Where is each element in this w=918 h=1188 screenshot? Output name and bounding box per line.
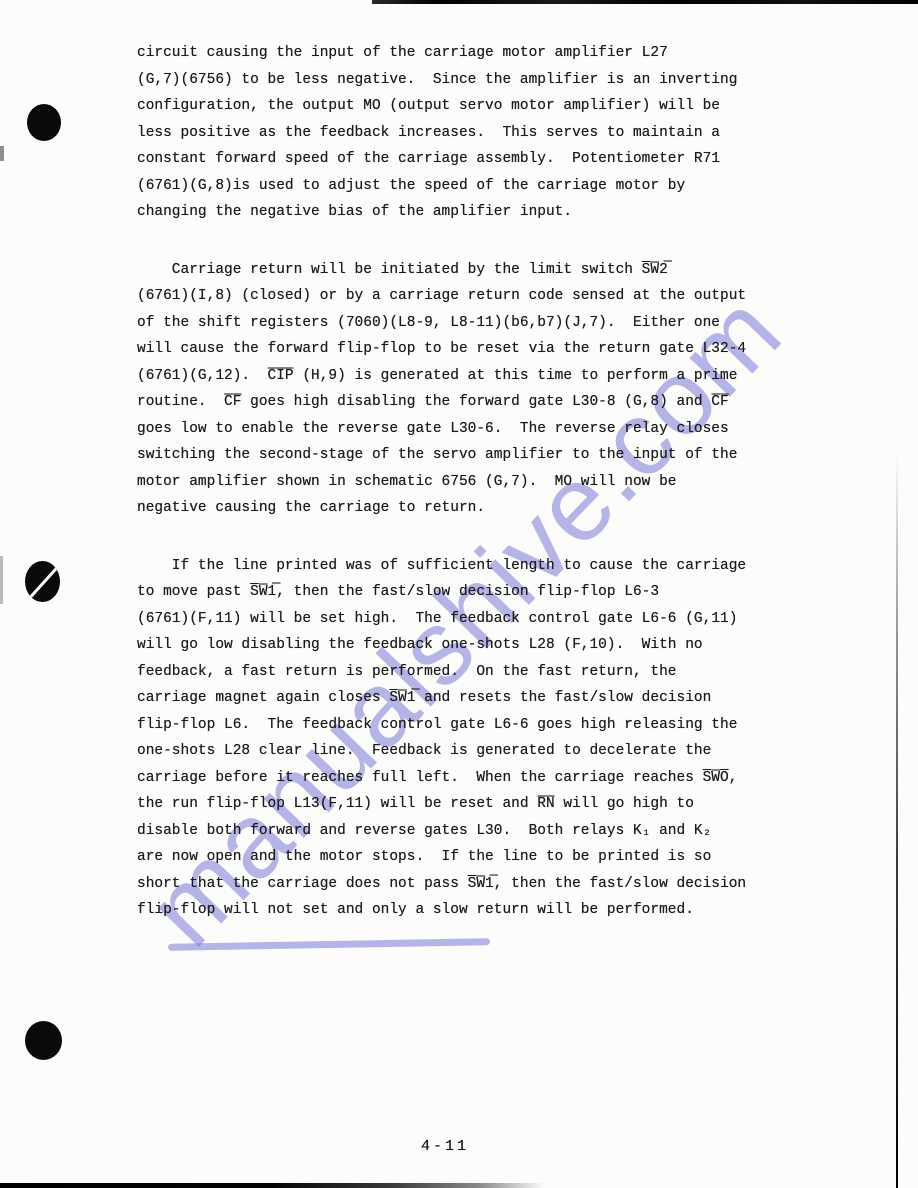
text-line: short that the carriage does not pass S̅… xyxy=(137,871,797,898)
text-line: (G,7)(6756) to be less negative. Since t… xyxy=(137,67,797,94)
text-line: motor amplifier shown in schematic 6756 … xyxy=(137,469,797,496)
text-line: will cause the forward flip-flop to be r… xyxy=(137,336,797,363)
text-line: of the shift registers (7060)(L8-9, L8-1… xyxy=(137,310,797,337)
paragraph: circuit causing the input of the carriag… xyxy=(137,40,797,226)
scan-edge-right-line xyxy=(896,455,898,1188)
text-line: constant forward speed of the carriage a… xyxy=(137,146,797,173)
text-line: routine. C̅F̅ goes high disabling the fo… xyxy=(137,389,797,416)
text-line: carriage magnet again closes S̅W̅1̅ and … xyxy=(137,685,797,712)
text-line: (6761)(I,8) (closed) or by a carriage re… xyxy=(137,283,797,310)
page-number: 4-11 xyxy=(421,1138,469,1155)
text-line: less positive as the feedback increases.… xyxy=(137,120,797,147)
text-line: goes low to enable the reverse gate L30-… xyxy=(137,416,797,443)
scan-smudge xyxy=(0,146,4,161)
punch-hole-top xyxy=(27,104,61,141)
text-line: If the line printed was of sufficient le… xyxy=(137,553,797,580)
text-line: negative causing the carriage to return. xyxy=(137,495,797,522)
paragraph: If the line printed was of sufficient le… xyxy=(137,553,797,924)
text-line: will go low disabling the feedback one-s… xyxy=(137,632,797,659)
scan-edge-bottom-bar xyxy=(0,1183,545,1188)
text-line: feedback, a fast return is performed. On… xyxy=(137,659,797,686)
text-line: configuration, the output MO (output ser… xyxy=(137,93,797,120)
text-line: (6761)(G,8)is used to adjust the speed o… xyxy=(137,173,797,200)
text-line: flip-flop L6. The feedback control gate … xyxy=(137,712,797,739)
text-line: flip-flop will not set and only a slow r… xyxy=(137,897,797,924)
text-line: carriage before it reaches full left. Wh… xyxy=(137,765,797,792)
paragraph: Carriage return will be initiated by the… xyxy=(137,257,797,522)
punch-hole-middle xyxy=(25,561,60,602)
text-line: are now open and the motor stops. If the… xyxy=(137,844,797,871)
text-line: Carriage return will be initiated by the… xyxy=(137,257,797,284)
scan-smudge xyxy=(0,556,3,604)
punch-hole-bottom xyxy=(25,1021,62,1060)
text-line: disable both forward and reverse gates L… xyxy=(137,818,797,845)
text-line: one-shots L28 clear line. Feedback is ge… xyxy=(137,738,797,765)
document-body-text: circuit causing the input of the carriag… xyxy=(137,40,797,924)
punch-hole-highlight xyxy=(26,565,59,601)
text-line: circuit causing the input of the carriag… xyxy=(137,40,797,67)
text-line: to move past S̅W̅1̅, then the fast/slow … xyxy=(137,579,797,606)
text-line: (6761)(F,11) will be set high. The feedb… xyxy=(137,606,797,633)
scan-edge-top-bar xyxy=(372,0,918,4)
text-line: switching the second-stage of the servo … xyxy=(137,442,797,469)
text-line: changing the negative bias of the amplif… xyxy=(137,199,797,226)
scanned-page: manualshive.com circuit causing the inpu… xyxy=(0,0,918,1188)
text-line: (6761)(G,12). C̅I̅P̅ (H,9) is generated … xyxy=(137,363,797,390)
text-line: the run flip-flop L13(F,11) will be rese… xyxy=(137,791,797,818)
